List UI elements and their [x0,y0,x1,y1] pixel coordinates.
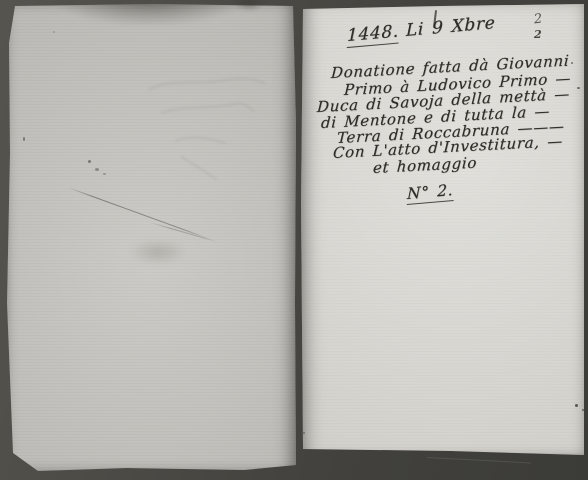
scanned-manuscript-spread: 2 2 1448.Li 9 Xbre Donatione fatta dà Gi… [0,0,588,480]
ink-speck [571,62,573,64]
heading-year: 1448. [347,21,399,48]
folio-number-stamp: 2 [534,28,542,41]
ink-speck [582,409,584,411]
ink-speck [303,432,305,434]
ink-speck [23,137,25,141]
document-number-label: N° 2. [407,181,454,203]
gutter-top-stain [227,0,271,17]
ink-speck [53,31,55,33]
ink-speck [88,160,91,163]
ink-speck [103,173,106,175]
document-number-text: N° 2. [407,181,454,205]
bleed-through-writing [124,61,276,185]
folio-number: 2 [533,12,543,28]
background-scratch [427,457,531,463]
ink-speck [577,87,580,89]
ink-speck [575,404,578,407]
faint-smudge [116,233,200,271]
ink-speck [95,168,99,171]
